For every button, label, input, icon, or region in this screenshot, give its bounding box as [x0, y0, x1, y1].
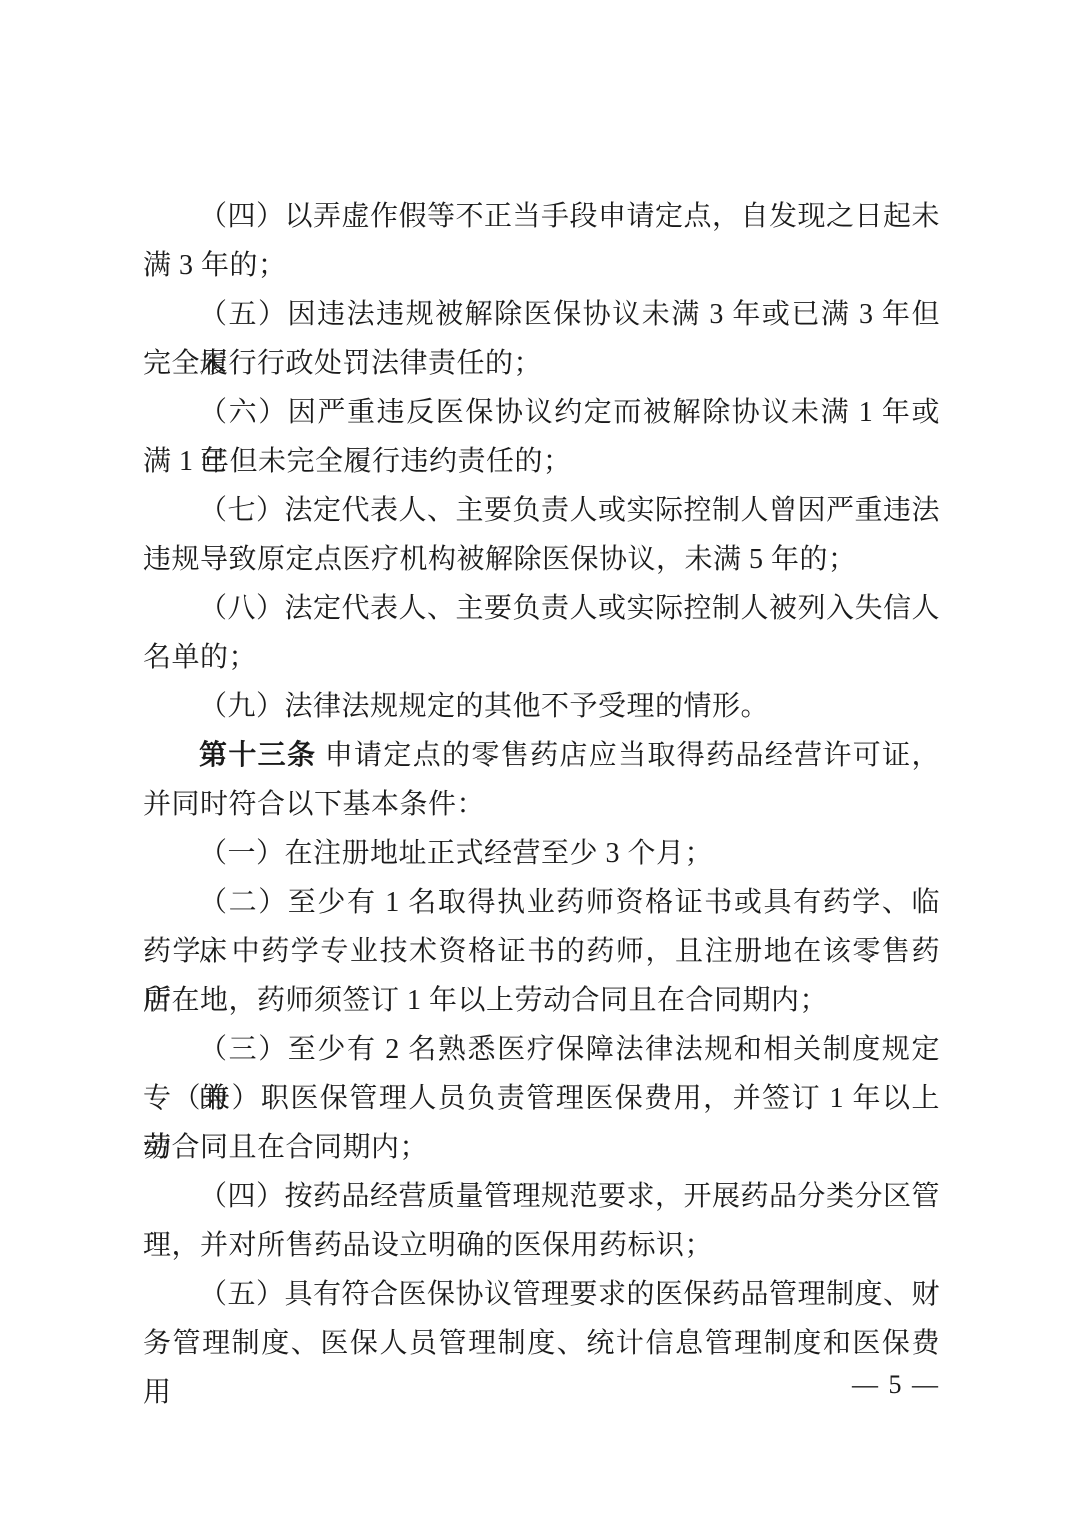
text-line: （二）至少有 1 名取得执业药师资格证书或具有药学、临床: [143, 878, 940, 927]
text-line: 务管理制度、医保人员管理制度、统计信息管理制度和医保费用: [143, 1319, 940, 1368]
text-line: 满 3 年的；: [143, 241, 940, 290]
text-line: 专（兼）职医保管理人员负责管理医保费用，并签订 1 年以上劳: [143, 1074, 940, 1123]
text-line: 第十三条 申请定点的零售药店应当取得药品经营许可证，: [143, 731, 940, 780]
text-line: （一）在注册地址正式经营至少 3 个月；: [143, 829, 940, 878]
text-line: 违规导致原定点医疗机构被解除医保协议，未满 5 年的；: [143, 535, 940, 584]
text-line: 并同时符合以下基本条件：: [143, 780, 940, 829]
article-number: 第十三条: [199, 740, 316, 771]
text-line: （八）法定代表人、主要负责人或实际控制人被列入失信人: [143, 584, 940, 633]
document-body: （四）以弄虚作假等不正当手段申请定点，自发现之日起未满 3 年的；（五）因违法违…: [143, 192, 940, 1368]
text-line: 所在地，药师须签订 1 年以上劳动合同且在合同期内；: [143, 976, 940, 1025]
text-line: （五）因违法违规被解除医保协议未满 3 年或已满 3 年但未: [143, 290, 940, 339]
text-line: （五）具有符合医保协议管理要求的医保药品管理制度、财: [143, 1270, 940, 1319]
text-line: （三）至少有 2 名熟悉医疗保障法律法规和相关制度规定的: [143, 1025, 940, 1074]
text-line: 名单的；: [143, 633, 940, 682]
text-line: （九）法律法规规定的其他不予受理的情形。: [143, 682, 940, 731]
text-line: （七）法定代表人、主要负责人或实际控制人曾因严重违法: [143, 486, 940, 535]
text-line: 药学、中药学专业技术资格证书的药师，且注册地在该零售药店: [143, 927, 940, 976]
page-number: — 5 —: [852, 1370, 940, 1400]
text-line: （四）以弄虚作假等不正当手段申请定点，自发现之日起未: [143, 192, 940, 241]
text-line: （六）因严重违反医保协议约定而被解除协议未满 1 年或已: [143, 388, 940, 437]
text-line: （四）按药品经营质量管理规范要求，开展药品分类分区管: [143, 1172, 940, 1221]
text-line: 动合同且在合同期内；: [143, 1123, 940, 1172]
document-page: （四）以弄虚作假等不正当手段申请定点，自发现之日起未满 3 年的；（五）因违法违…: [0, 0, 1075, 1520]
text-line: 满 1 年但未完全履行违约责任的；: [143, 437, 940, 486]
text-line: 完全履行行政处罚法律责任的；: [143, 339, 940, 388]
text-line: 理，并对所售药品设立明确的医保用药标识；: [143, 1221, 940, 1270]
